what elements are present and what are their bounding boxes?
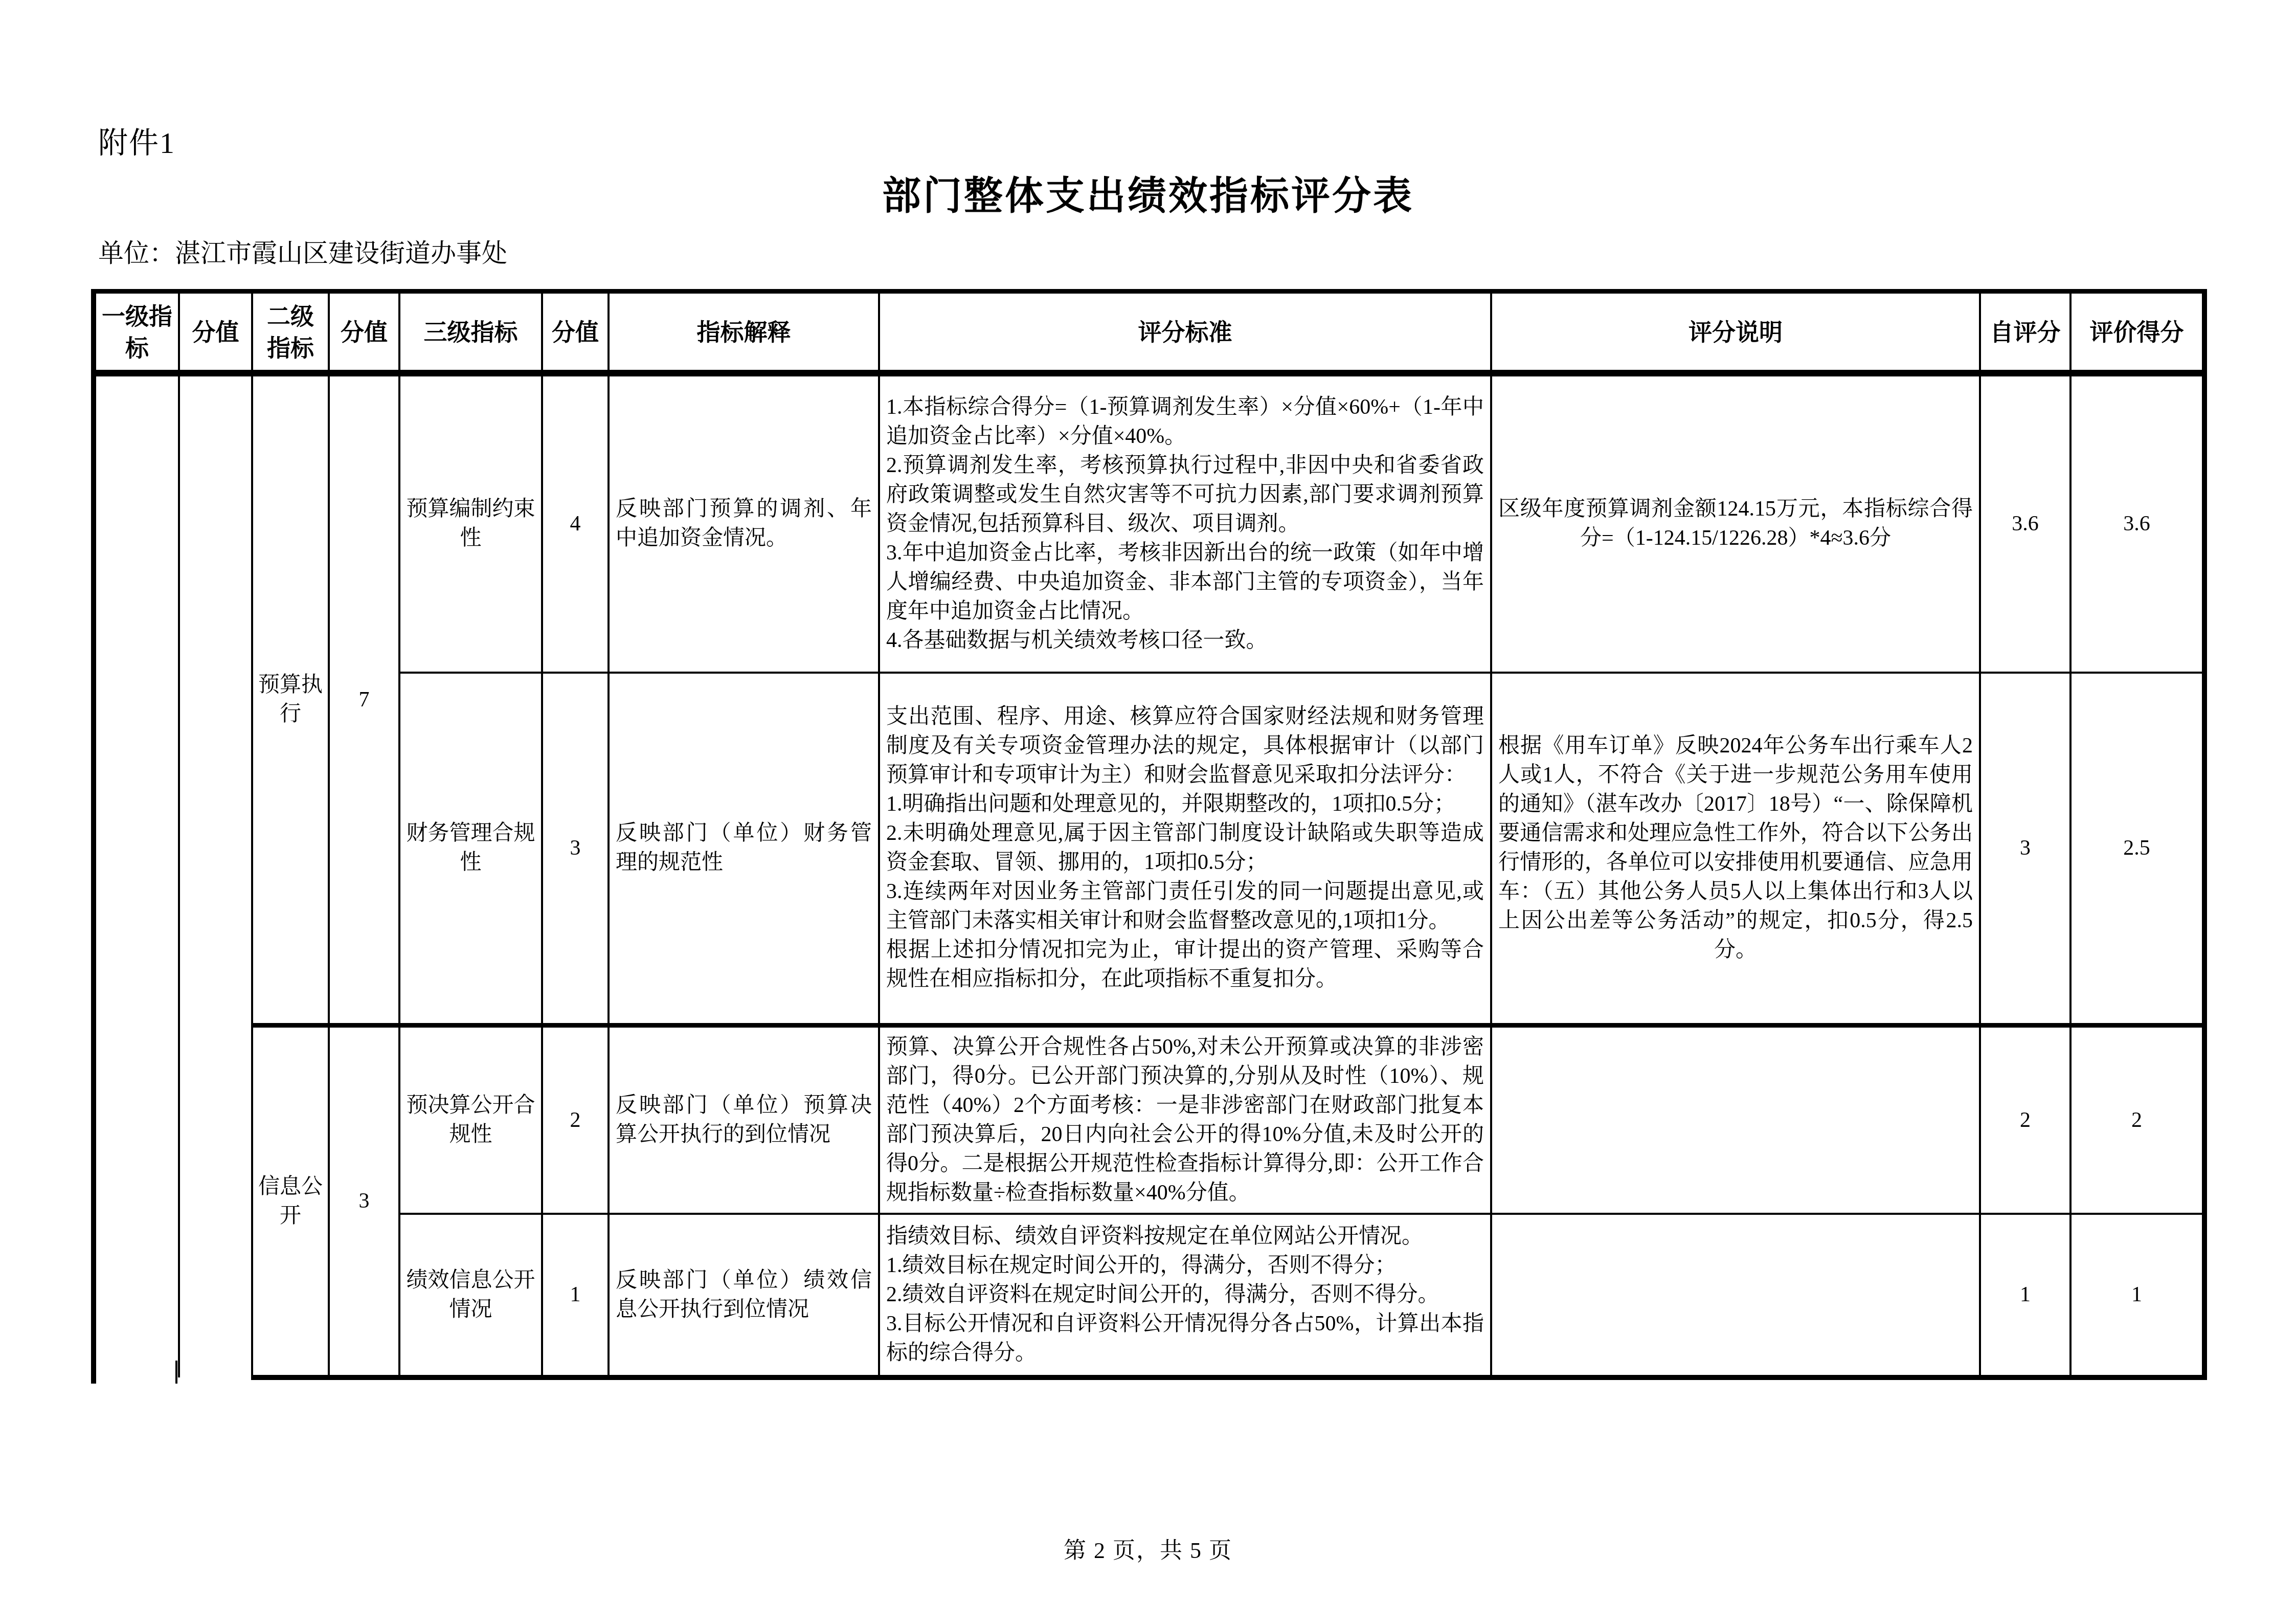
table-row: 财务管理合规性 3 反映部门（单位）财务管理的规范性 支出范围、程序、用途、核算… <box>94 673 2204 1026</box>
eval-score-cell: 2 <box>2070 1026 2204 1214</box>
level3-indicator-cell: 绩效信息公开情况 <box>399 1214 542 1377</box>
level3-indicator-cell: 财务管理合规性 <box>399 673 542 1026</box>
note-cell: 根据《用车订单》反映2024年公务车出行乘车人2人或1人，不符合《关于进一步规范… <box>1491 673 1980 1026</box>
level3-indicator-cell: 预决算公开合规性 <box>399 1026 542 1214</box>
level3-score-cell: 4 <box>542 373 609 673</box>
page-title: 部门整体支出绩效指标评分表 <box>0 165 2296 220</box>
note-cell: 区级年度预算调剂金额124.15万元，本指标综合得分=（1-124.15/122… <box>1491 373 1980 673</box>
eval-score-cell: 2.5 <box>2070 673 2204 1026</box>
level2-score-cell: 3 <box>329 1026 399 1378</box>
self-score-cell: 2 <box>1980 1026 2070 1214</box>
table-header-row: 一级指标 分值 二级指标 分值 三级指标 分值 指标解释 评分标准 评分说明 自… <box>94 292 2204 373</box>
criteria-cell: 预算、决算公开合规性各占50%,对未公开预算或决算的非涉密部门，得0分。已公开部… <box>879 1026 1491 1214</box>
header-note: 评分说明 <box>1491 292 1980 373</box>
header-level3-score: 分值 <box>542 292 609 373</box>
score-table: 一级指标 分值 二级指标 分值 三级指标 分值 指标解释 评分标准 评分说明 自… <box>91 289 2207 1380</box>
header-self-score: 自评分 <box>1980 292 2070 373</box>
level1-score-cell <box>179 373 252 1378</box>
explanation-cell: 反映部门（单位）绩效信息公开执行到位情况 <box>609 1214 879 1377</box>
header-explanation: 指标解释 <box>609 292 879 373</box>
explanation-cell: 反映部门（单位）预算决算公开执行的到位情况 <box>609 1026 879 1214</box>
self-score-cell: 1 <box>1980 1214 2070 1377</box>
eval-score-cell: 3.6 <box>2070 373 2204 673</box>
header-level1-score: 分值 <box>179 292 252 373</box>
page-number: 第 2 页，共 5 页 <box>0 1532 2296 1565</box>
table-row: 信息公开 3 预决算公开合规性 2 反映部门（单位）预算决算公开执行的到位情况 … <box>94 1026 2204 1214</box>
attachment-label: 附件1 <box>98 119 175 162</box>
note-cell <box>1491 1026 1980 1214</box>
criteria-cell: 指绩效目标、绩效自评资料按规定在单位网站公开情况。 1.绩效目标在规定时间公开的… <box>879 1214 1491 1377</box>
column-divider-stub <box>175 1361 177 1384</box>
level2-indicator-info-disclosure: 信息公开 <box>252 1026 329 1378</box>
header-eval-score: 评价得分 <box>2070 292 2204 373</box>
explanation-cell: 反映部门预算的调剂、年中追加资金情况。 <box>609 373 879 673</box>
level3-score-cell: 1 <box>542 1214 609 1377</box>
table-left-border-stub <box>91 1361 96 1384</box>
level3-score-cell: 2 <box>542 1026 609 1214</box>
criteria-cell: 1.本指标综合得分=（1-预算调剂发生率）×分值×60%+（1-年中追加资金占比… <box>879 373 1491 673</box>
level2-score-cell: 7 <box>329 373 399 1026</box>
criteria-cell: 支出范围、程序、用途、核算应符合国家财经法规和财务管理制度及有关专项资金管理办法… <box>879 673 1491 1026</box>
document-page: 附件1 部门整体支出绩效指标评分表 单位：湛江市霞山区建设街道办事处 一级指标 … <box>0 0 2296 1624</box>
header-criteria: 评分标准 <box>879 292 1491 373</box>
unit-label: 单位：湛江市霞山区建设街道办事处 <box>98 233 507 270</box>
note-cell <box>1491 1214 1980 1377</box>
level3-indicator-cell: 预算编制约束性 <box>399 373 542 673</box>
self-score-cell: 3.6 <box>1980 373 2070 673</box>
table-row: 绩效信息公开情况 1 反映部门（单位）绩效信息公开执行到位情况 指绩效目标、绩效… <box>94 1214 2204 1377</box>
header-level3-indicator: 三级指标 <box>399 292 542 373</box>
eval-score-cell: 1 <box>2070 1214 2204 1377</box>
header-level1-indicator: 一级指标 <box>94 292 179 373</box>
level3-score-cell: 3 <box>542 673 609 1026</box>
table-row: 预算执行 7 预算编制约束性 4 反映部门预算的调剂、年中追加资金情况。 1.本… <box>94 373 2204 673</box>
explanation-cell: 反映部门（单位）财务管理的规范性 <box>609 673 879 1026</box>
self-score-cell: 3 <box>1980 673 2070 1026</box>
level1-indicator-cell <box>94 373 179 1378</box>
header-level2-score: 分值 <box>329 292 399 373</box>
header-level2-indicator: 二级指标 <box>252 292 329 373</box>
level2-indicator-budget-execution: 预算执行 <box>252 373 329 1026</box>
